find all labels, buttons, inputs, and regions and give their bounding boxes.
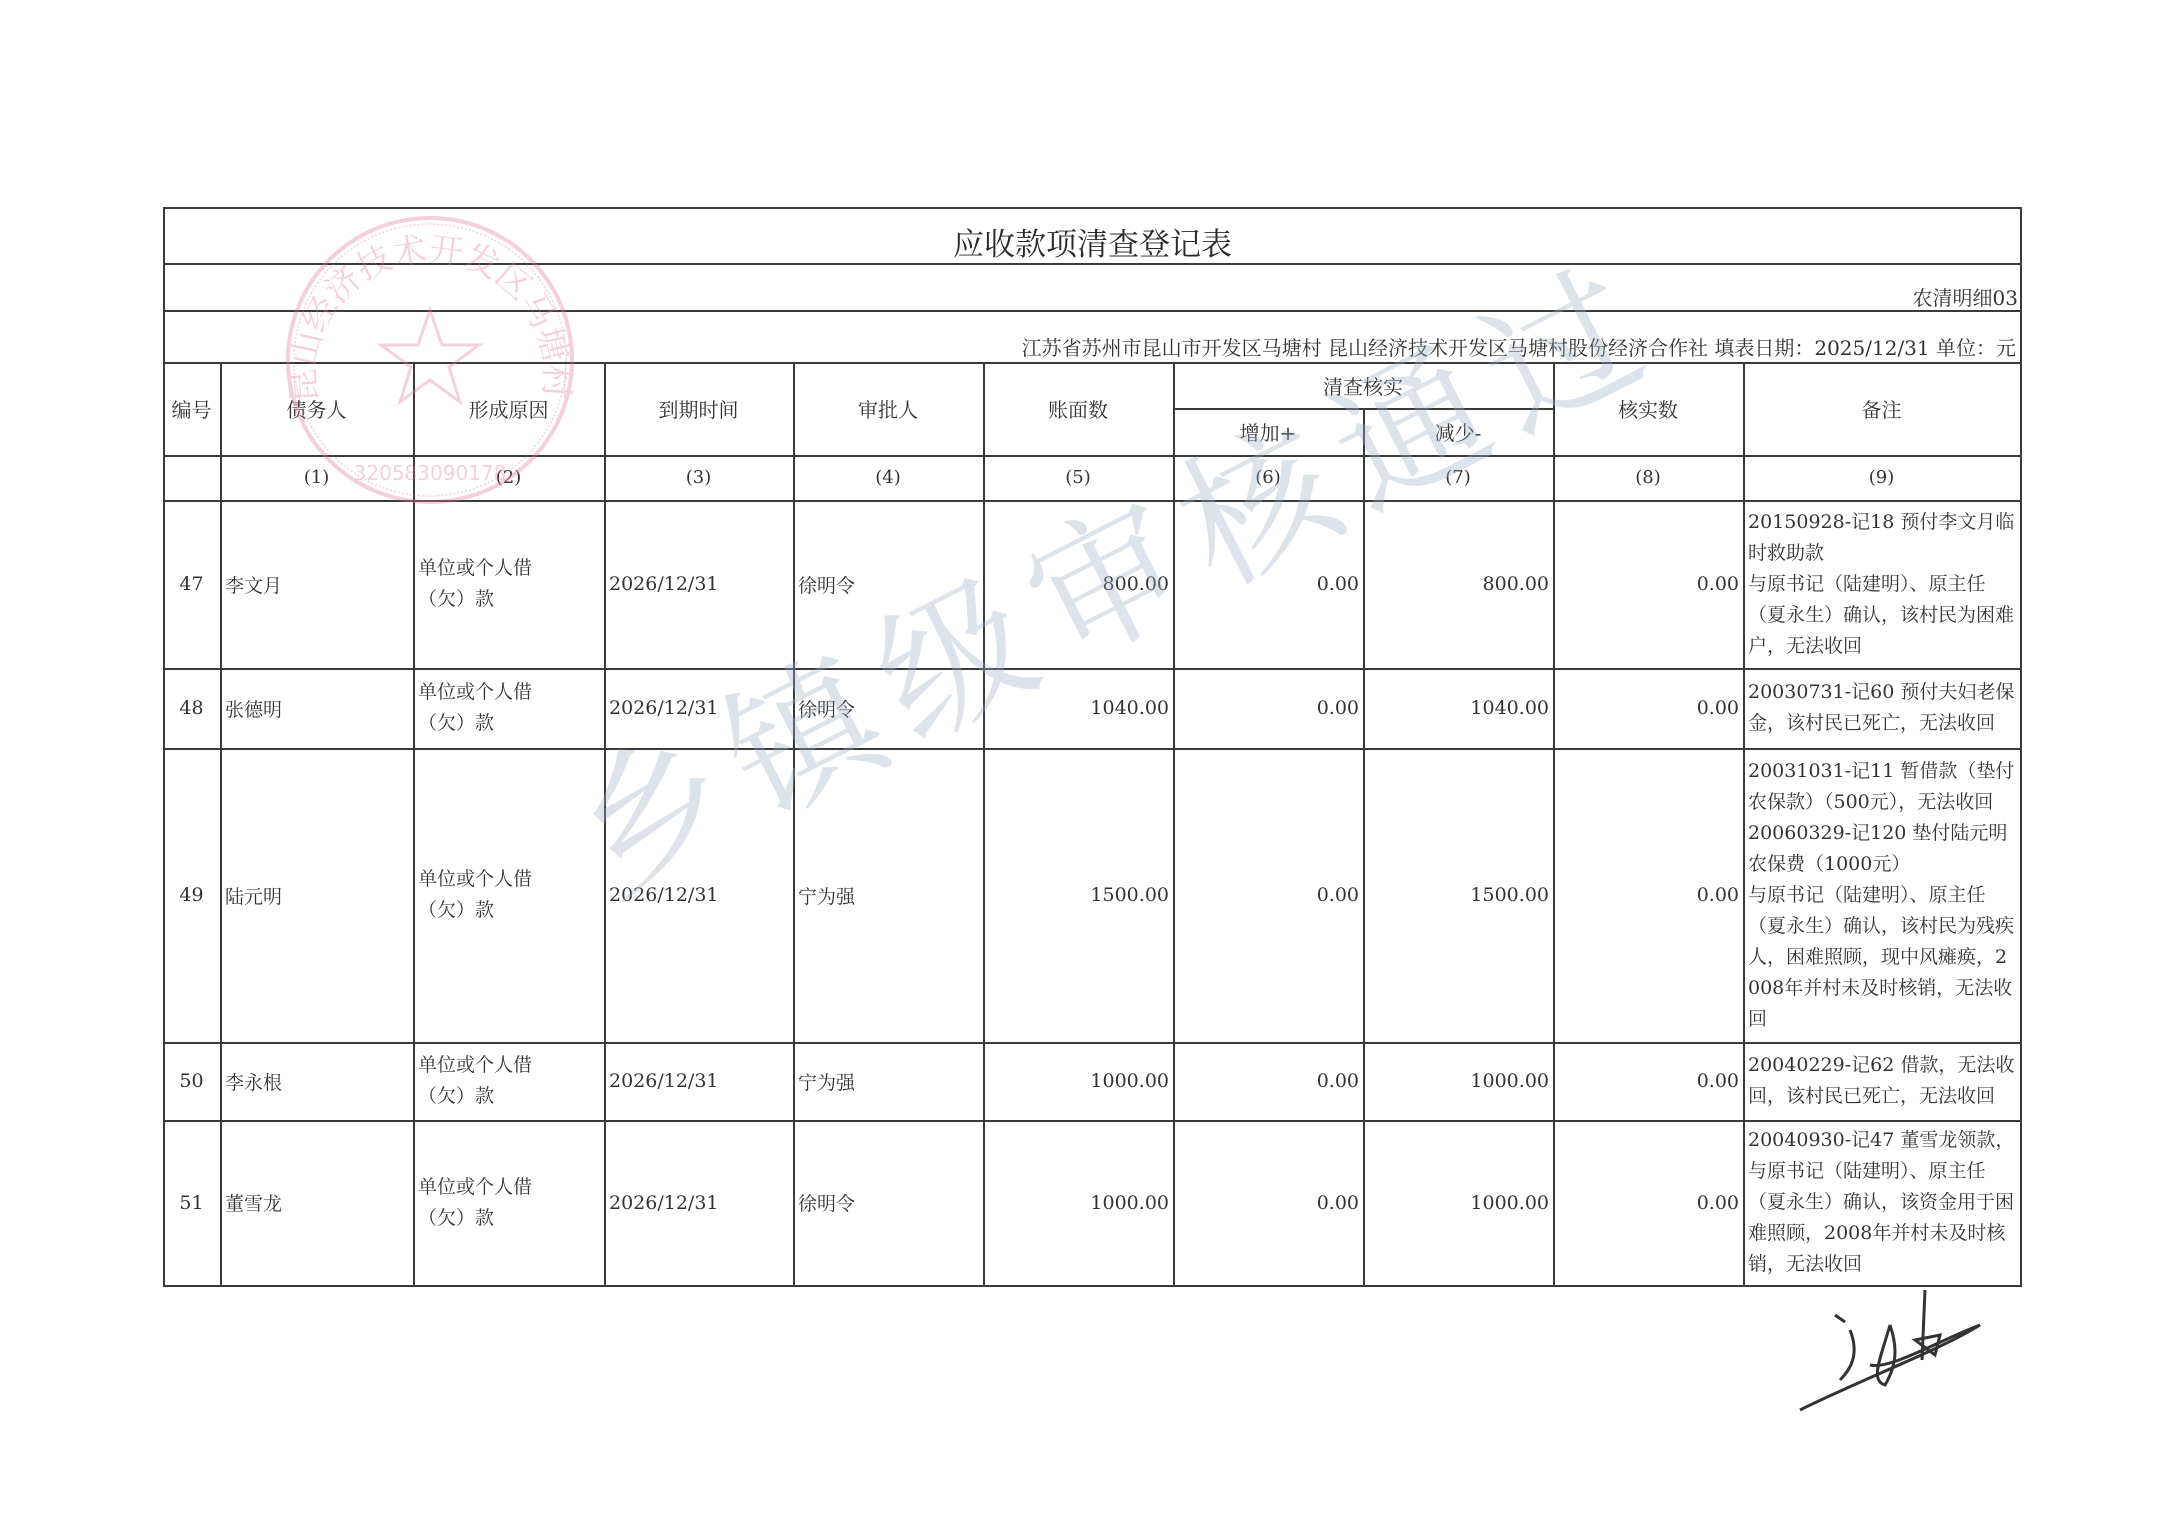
index-label: (1) <box>220 455 413 500</box>
cell-debtor: 张德明 <box>220 668 413 748</box>
cell-no: 47 <box>163 500 220 668</box>
cell-verified-amount: 0.00 <box>1553 1042 1743 1120</box>
cell-remarks: 20030731-记60 预付夫妇老保金，该村民已死亡，无法收回 <box>1743 668 2020 748</box>
cell-remarks: 20040229-记62 借款，无法收回，该村民已死亡，无法收回 <box>1743 1042 2020 1120</box>
header-approver: 审批人 <box>793 362 983 455</box>
info-line: 江苏省苏州市昆山市开发区马塘村 昆山经济技术开发区马塘村股份经济合作社 填表日期… <box>1022 332 2016 361</box>
cell-approver: 徐明令 <box>793 1120 983 1285</box>
cell-no: 49 <box>163 748 220 1042</box>
cell-remarks: 20150928-记18 预付李文月临时救助款 与原书记（陆建明）、原主任（夏永… <box>1743 500 2020 668</box>
index-label: (4) <box>793 455 983 500</box>
cell-due-date: 2026/12/31 <box>604 500 793 668</box>
cell-due-date: 2026/12/31 <box>604 668 793 748</box>
cell-remarks: 20031031-记11 暂借款（垫付农保款）（500元），无法收回 20060… <box>1743 748 2020 1042</box>
cell-book-amount: 1500.00 <box>983 748 1173 1042</box>
cell-approver: 宁为强 <box>793 1042 983 1120</box>
cell-no: 50 <box>163 1042 220 1120</box>
header-remarks: 备注 <box>1743 362 2020 455</box>
index-label: (7) <box>1363 455 1553 500</box>
header-increase: 增加+ <box>1173 408 1363 455</box>
cell-reason: 单位或个人借（欠）款 <box>413 748 604 1042</box>
cell-increase: 0.00 <box>1173 668 1363 748</box>
cell-decrease: 1000.00 <box>1363 1042 1553 1120</box>
cell-reason: 单位或个人借（欠）款 <box>413 1120 604 1285</box>
cell-debtor: 李永根 <box>220 1042 413 1120</box>
header-decrease: 减少- <box>1363 408 1553 455</box>
header-no: 编号 <box>163 362 220 455</box>
header-verified-amount: 核实数 <box>1553 362 1743 455</box>
cell-reason: 单位或个人借（欠）款 <box>413 500 604 668</box>
cell-reason: 单位或个人借（欠）款 <box>413 1042 604 1120</box>
header-verification: 清查核实 <box>1173 362 1553 408</box>
index-label: (6) <box>1173 455 1363 500</box>
index-label: (9) <box>1743 455 2020 500</box>
cell-verified-amount: 0.00 <box>1553 668 1743 748</box>
header-book-amount: 账面数 <box>983 362 1173 455</box>
cell-decrease: 1040.00 <box>1363 668 1553 748</box>
cell-approver: 宁为强 <box>793 748 983 1042</box>
cell-increase: 0.00 <box>1173 748 1363 1042</box>
cell-increase: 0.00 <box>1173 500 1363 668</box>
cell-due-date: 2026/12/31 <box>604 1120 793 1285</box>
index-label: (3) <box>604 455 793 500</box>
cell-book-amount: 1000.00 <box>983 1042 1173 1120</box>
cell-no: 48 <box>163 668 220 748</box>
cell-approver: 徐明令 <box>793 668 983 748</box>
header-due-date: 到期时间 <box>604 362 793 455</box>
index-label: (2) <box>413 455 604 500</box>
cell-verified-amount: 0.00 <box>1553 748 1743 1042</box>
cell-due-date: 2026/12/31 <box>604 1042 793 1120</box>
header-reason: 形成原因 <box>413 362 604 455</box>
cell-book-amount: 1040.00 <box>983 668 1173 748</box>
cell-debtor: 李文月 <box>220 500 413 668</box>
register-table: 应收款项清查登记表 农清明细03 江苏省苏州市昆山市开发区马塘村 昆山经济技术开… <box>163 207 2022 1287</box>
cell-no: 51 <box>163 1120 220 1285</box>
cell-approver: 徐明令 <box>793 500 983 668</box>
cell-reason: 单位或个人借（欠）款 <box>413 668 604 748</box>
cell-debtor: 董雪龙 <box>220 1120 413 1285</box>
cell-verified-amount: 0.00 <box>1553 500 1743 668</box>
page-title: 应收款项清查登记表 <box>163 219 2022 264</box>
cell-remarks: 20040930-记47 董雪龙领款，与原书记（陆建明）、原主任（夏永生）确认，… <box>1743 1120 2020 1285</box>
cell-decrease: 1500.00 <box>1363 748 1553 1042</box>
cell-increase: 0.00 <box>1173 1120 1363 1285</box>
cell-debtor: 陆元明 <box>220 748 413 1042</box>
index-label: (8) <box>1553 455 1743 500</box>
handwritten-signature <box>1740 1270 2020 1430</box>
cell-verified-amount: 0.00 <box>1553 1120 1743 1285</box>
index-label: (5) <box>983 455 1173 500</box>
cell-book-amount: 1000.00 <box>983 1120 1173 1285</box>
form-code: 农清明细03 <box>1913 282 2018 311</box>
header-debtor: 债务人 <box>220 362 413 455</box>
cell-increase: 0.00 <box>1173 1042 1363 1120</box>
cell-decrease: 1000.00 <box>1363 1120 1553 1285</box>
cell-due-date: 2026/12/31 <box>604 748 793 1042</box>
cell-decrease: 800.00 <box>1363 500 1553 668</box>
cell-book-amount: 800.00 <box>983 500 1173 668</box>
